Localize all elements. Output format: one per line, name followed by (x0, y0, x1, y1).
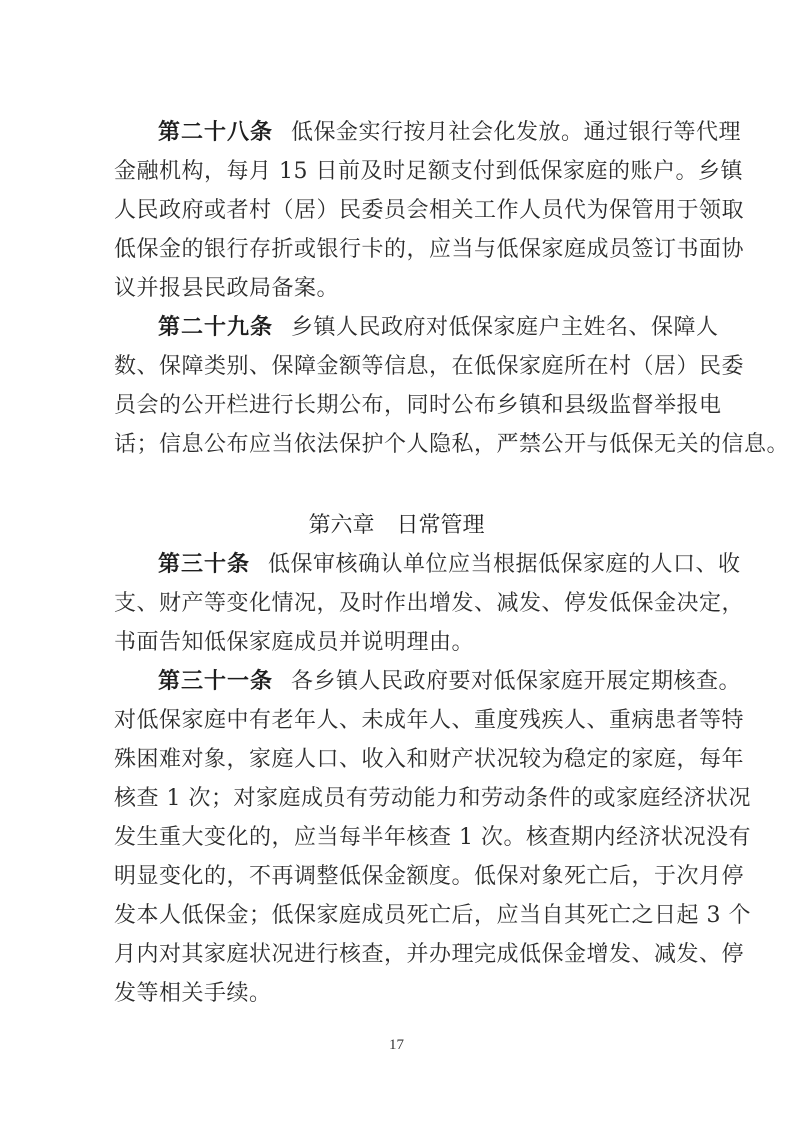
document-page: 第二十八条低保金实行按月社会化发放。通过银行等代理 金融机构，每月 15 日前及… (0, 0, 793, 1122)
article-31-line-9: 发等相关手续。 (114, 974, 692, 1013)
article-31-line-7: 发本人低保金；低保家庭成员死亡后，应当自其死亡之日起 3 个 (114, 896, 692, 935)
article-28-line-2: 金融机构，每月 15 日前及时足额支付到低保家庭的账户。乡镇 (114, 152, 692, 191)
article-29-line-1: 第二十九条乡镇人民政府对低保家庭户主姓名、保障人 (158, 308, 692, 347)
article-31-line-5: 发生重大变化的，应当每半年核查 1 次。核查期内经济状况没有 (114, 818, 692, 857)
article-30-line-1: 第三十条低保审核确认单位应当根据低保家庭的人口、收 (158, 545, 692, 584)
article-31-line-2: 对低保家庭中有老年人、未成年人、重度残疾人、重病患者等特 (114, 701, 692, 740)
article-30-line-2: 支、财产等变化情况，及时作出增发、减发、停发低保金决定， (114, 584, 692, 623)
page-number: 17 (0, 1037, 793, 1054)
article-29-line-3: 员会的公开栏进行长期公布，同时公布乡镇和县级监督举报电 (114, 386, 692, 425)
article-28-label: 第二十八条 (158, 120, 273, 145)
article-31-line-1: 第三十一条各乡镇人民政府要对低保家庭开展定期核查。 (158, 662, 692, 701)
article-31-label: 第三十一条 (158, 669, 273, 694)
article-31-line-8: 月内对其家庭状况进行核查，并办理完成低保金增发、减发、停 (114, 935, 692, 974)
article-31-line-3: 殊困难对象，家庭人口、收入和财产状况较为稳定的家庭，每年 (114, 740, 692, 779)
article-29-line-4: 话；信息公布应当依法保护个人隐私，严禁公开与低保无关的信息。 (114, 425, 692, 464)
article-28-line-4: 低保金的银行存折或银行卡的，应当与低保家庭成员签订书面协 (114, 230, 692, 269)
article-31-line-6: 明显变化的，不再调整低保金额度。低保对象死亡后，于次月停 (114, 857, 692, 896)
chapter-title: 日常管理 (397, 513, 485, 538)
article-28-line-5: 议并报县民政局备案。 (114, 269, 692, 308)
article-31-line-4: 核查 1 次；对家庭成员有劳动能力和劳动条件的或家庭经济状况 (114, 779, 692, 818)
article-28-line-1: 第二十八条低保金实行按月社会化发放。通过银行等代理 (158, 113, 692, 152)
article-29-line-2: 数、保障类别、保障金额等信息，在低保家庭所在村（居）民委 (114, 347, 692, 386)
article-30-label: 第三十条 (158, 552, 250, 577)
article-30-line-3: 书面告知低保家庭成员并说明理由。 (114, 623, 692, 662)
chapter-number: 第六章 (308, 513, 374, 538)
article-29-label: 第二十九条 (158, 315, 273, 340)
article-28-line-3: 人民政府或者村（居）民委员会相关工作人员代为保管用于领取 (114, 191, 692, 230)
chapter-heading: 第六章日常管理 (0, 506, 793, 545)
